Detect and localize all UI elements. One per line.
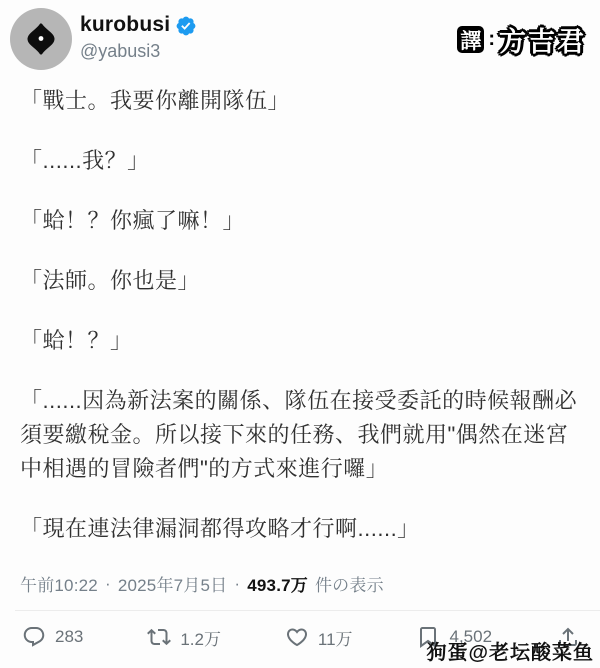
repost-button[interactable]: 1.2万: [147, 625, 221, 650]
tweet-paragraph: 「蛤！？你瘋了嘛！」: [20, 204, 586, 238]
reply-icon: [22, 625, 46, 649]
tweet-paragraph: 「......因為新法案的關係、隊伍在接受委託的時候報酬必須要繳稅金。所以接下來…: [20, 384, 586, 486]
tweet-text: 「戰士。我要你離開隊伍」 「......我？」 「蛤！？你瘋了嘛！」 「法師。你…: [20, 84, 586, 572]
translator-watermark: 譯 : 方吉君: [457, 20, 586, 59]
author-name-row[interactable]: kurobusi: [80, 13, 197, 37]
meta-separator: ·: [234, 574, 240, 594]
tweet-meta: 午前10:22 · 2025年7月5日 · 493.7万 件の表示: [20, 571, 384, 596]
like-button[interactable]: 11万: [285, 625, 353, 650]
reply-count: 283: [55, 627, 83, 647]
reply-button[interactable]: 283: [22, 625, 83, 649]
avatar[interactable]: [10, 8, 72, 70]
date: 2025年7月5日: [118, 571, 228, 596]
timestamp: 午前10:22: [20, 571, 98, 596]
tweet-paragraph: 「現在連法律漏洞都得攻略才行啊......」: [20, 512, 586, 546]
verified-badge-icon: [175, 15, 197, 37]
repost-count: 1.2万: [180, 625, 221, 650]
divider: [15, 610, 600, 611]
tweet-paragraph: 「戰士。我要你離開隊伍」: [20, 84, 586, 118]
avatar-image: [10, 8, 72, 70]
repost-icon: [147, 625, 171, 649]
translator-separator: :: [488, 28, 495, 51]
tweet-paragraph: 「蛤！？」: [20, 324, 586, 358]
display-name[interactable]: kurobusi: [80, 13, 170, 37]
translator-name: 方吉君: [499, 20, 586, 59]
author-block: kurobusi @yabusi3: [80, 13, 197, 62]
uploader-watermark: 狗蛋@老坛酸菜鱼: [426, 636, 594, 665]
user-handle[interactable]: @yabusi3: [80, 41, 197, 62]
heart-icon: [285, 625, 309, 649]
like-count: 11万: [318, 625, 353, 650]
meta-separator: ·: [105, 574, 111, 594]
translator-prefix: 譯: [457, 26, 484, 53]
tweet-paragraph: 「法師。你也是」: [20, 264, 586, 298]
views-label: 件の表示: [315, 571, 384, 596]
tweet-paragraph: 「......我？」: [20, 144, 586, 178]
views-count: 493.7万: [247, 571, 308, 596]
